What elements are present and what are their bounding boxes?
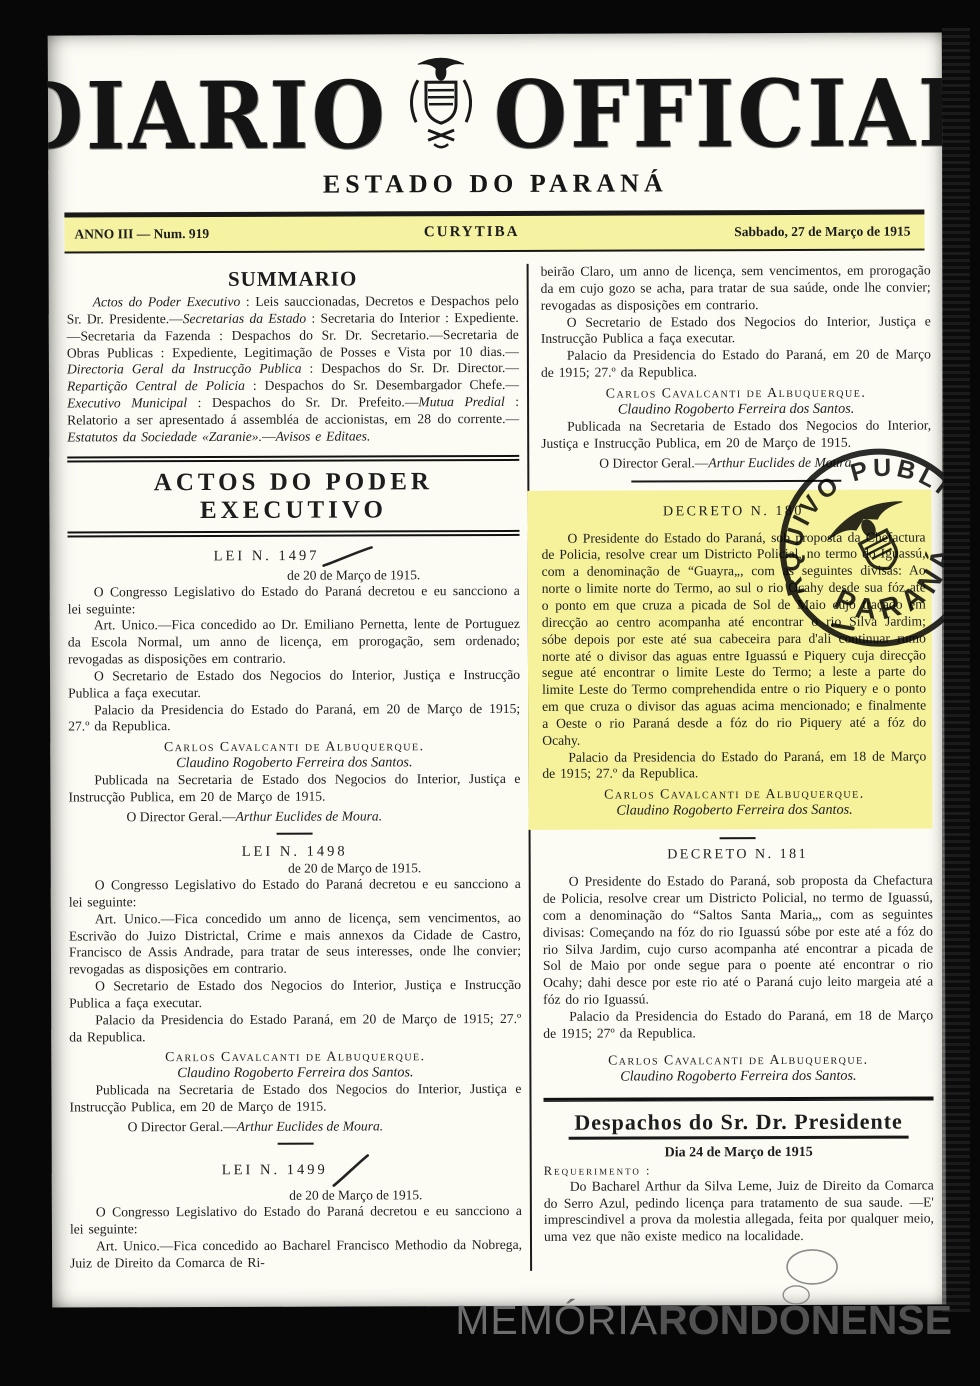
- decree-palacio: Palacio da Presidencia do Estado do Para…: [542, 748, 926, 783]
- right-column: beirão Claro, um anno de licença, sem ve…: [529, 262, 934, 1245]
- director-line: O Director Geral.—Arthur Euclides de Mou…: [68, 808, 520, 826]
- law-1497: LEI N. 1497 de 20 de Março de 1915. O Co…: [68, 545, 521, 836]
- masthead-title-right: OFFICIAL: [494, 69, 947, 158]
- law-paragraph: O Congresso Legislativo do Estado do Par…: [70, 1203, 522, 1238]
- masthead-subtitle: ESTADO DO PARANÁ: [48, 167, 942, 200]
- law-published-note: Publicada na Secretaria de Estado dos Ne…: [68, 771, 520, 806]
- pen-stroke-icon: [322, 545, 374, 567]
- scanner-edge-band: [942, 28, 970, 1312]
- published-note: Publicada na Secretaria de Estado dos Ne…: [541, 417, 931, 452]
- decree-palacio: Palacio da Presidencia do Estado do Para…: [543, 1007, 933, 1042]
- dateline-bar: ANNO III — Num. 919 CURYTIBA Sabbado, 27…: [64, 210, 924, 254]
- rule-divider: [631, 479, 841, 482]
- continuation-paragraph: O Secretario de Estado dos Negocios do I…: [541, 313, 931, 348]
- signature-president: Carlos Cavalcanti de Albuquerque.: [69, 1048, 521, 1066]
- law-1499: LEI N. 1499 de 20 de Março de 1915. O Co…: [70, 1153, 522, 1272]
- law-paragraph: Palacio da Presidencia do Estado Paraná,…: [69, 1011, 521, 1046]
- decree-heading: DECRETO N. 181: [543, 847, 933, 864]
- law-paragraph: O Secretario de Estado dos Negocios do I…: [69, 977, 521, 1012]
- masthead-title-left: DIARIO: [48, 71, 388, 160]
- signature-president: Carlos Cavalcanti de Albuquerque.: [68, 738, 520, 756]
- law-paragraph: Palacio da Presidencia do Estado do Para…: [68, 700, 520, 735]
- pen-stroke-icon: [330, 1154, 370, 1188]
- parana-coat-of-arms-icon: [404, 52, 478, 157]
- watermark: MEMÓRIARONDONENSE: [455, 1300, 952, 1341]
- summary-heading: SUMMARIO: [67, 266, 519, 293]
- continuation-paragraph: Palacio da Presidencia do Estado do Para…: [541, 347, 931, 382]
- despachos-date: Dia 24 de Março de 1915: [544, 1144, 934, 1161]
- signature-president: Carlos Cavalcanti de Albuquerque.: [543, 1051, 933, 1068]
- section-separator: [720, 837, 756, 839]
- law-paragraph: O Congresso Legislativo do Estado do Par…: [68, 583, 520, 618]
- law-heading: LEI N. 1499: [222, 1162, 328, 1178]
- section-separator: [278, 1143, 314, 1145]
- despachos-section: Despachos do Sr. Dr. Presidente Dia 24 d…: [544, 1108, 934, 1246]
- director-line: O Director Geral.—Arthur Euclides de Mou…: [541, 454, 931, 471]
- section-heading-actos: ACTOS DO PODER EXECUTIVO: [67, 455, 519, 538]
- continuation-paragraph: beirão Claro, um anno de licença, sem ve…: [541, 262, 931, 314]
- section-separator: [277, 833, 313, 835]
- watermark-bold: RONDONENSE: [658, 1297, 952, 1343]
- requerimento-label: Requerimento :: [544, 1162, 934, 1178]
- scanned-newspaper-page: DIARIO OFFICIAL ESTADO DO PARANÁ: [48, 32, 946, 1307]
- watermark-light: MEMÓRIA: [455, 1297, 658, 1343]
- decree-heading: DECRETO N. 180: [541, 503, 925, 520]
- law-date: de 20 de Março de 1915.: [68, 567, 520, 585]
- law-paragraph: Art. Unico.—Fica concedido ao Bacharel F…: [70, 1237, 522, 1272]
- signature-secretary: Claudino Rogoberto Ferreira dos Santos.: [542, 802, 926, 820]
- signature-secretary: Claudino Rogoberto Ferreira dos Santos.: [68, 754, 520, 773]
- signature-secretary: Claudino Rogoberto Ferreira dos Santos.: [69, 1064, 521, 1083]
- despachos-heading: Despachos do Sr. Dr. Presidente: [544, 1108, 934, 1135]
- law-heading: LEI N. 1497: [214, 548, 320, 564]
- law-paragraph: O Congresso Legislativo do Estado do Par…: [69, 876, 521, 911]
- city-label: CURYTIBA: [424, 224, 520, 241]
- signature-president: Carlos Cavalcanti de Albuquerque.: [542, 786, 926, 803]
- law-1498: LEI N. 1498 de 20 de Março de 1915. O Co…: [69, 843, 522, 1146]
- summary-body: Actos do Poder Executivo : Leis sauccion…: [67, 293, 520, 446]
- signature-president: Carlos Cavalcanti de Albuquerque.: [541, 384, 931, 401]
- decree-body: O Presidente do Estado do Paraná, sob pr…: [542, 529, 927, 749]
- highlighted-decree-180: DECRETO N. 180 O Presidente do Estado do…: [527, 489, 932, 830]
- law-paragraph: O Secretario de Estado dos Negocios do I…: [68, 667, 520, 702]
- edition-label: ANNO III — Num. 919: [74, 226, 209, 242]
- law-heading: LEI N. 1498: [242, 843, 348, 859]
- despachos-body: Do Bacharel Arthur da Silva Leme, Juiz d…: [544, 1177, 934, 1246]
- date-label: Sabbado, 27 de Março de 1915: [734, 223, 910, 240]
- columns: SUMMARIO Actos do Poder Executivo : Leis…: [49, 250, 947, 1272]
- signature-secretary: Claudino Rogoberto Ferreira dos Santos.: [541, 400, 931, 418]
- law-date: de 20 de Março de 1915.: [69, 860, 521, 878]
- law-date: de 20 de Março de 1915.: [70, 1187, 522, 1205]
- law-published-note: Publicada na Secretaria de Estado dos Ne…: [69, 1081, 521, 1116]
- signature-secretary: Claudino Rogoberto Ferreira dos Santos.: [543, 1067, 933, 1085]
- heavy-rule-divider: [543, 1096, 933, 1101]
- left-column: SUMMARIO Actos do Poder Executivo : Leis…: [67, 264, 523, 1272]
- decree-body: O Presidente do Estado do Paraná, sob pr…: [543, 873, 933, 1009]
- masthead: DIARIO OFFICIAL: [48, 32, 942, 158]
- law-paragraph: Art. Unico.—Fica concedido um anno de li…: [69, 910, 521, 979]
- law-paragraph: Art. Unico.—Fica concedido ao Dr. Emilia…: [68, 616, 520, 668]
- decree-181: DECRETO N. 181 O Presidente do Estado do…: [543, 847, 934, 1086]
- director-line: O Director Geral.—Arthur Euclides de Mou…: [70, 1118, 522, 1136]
